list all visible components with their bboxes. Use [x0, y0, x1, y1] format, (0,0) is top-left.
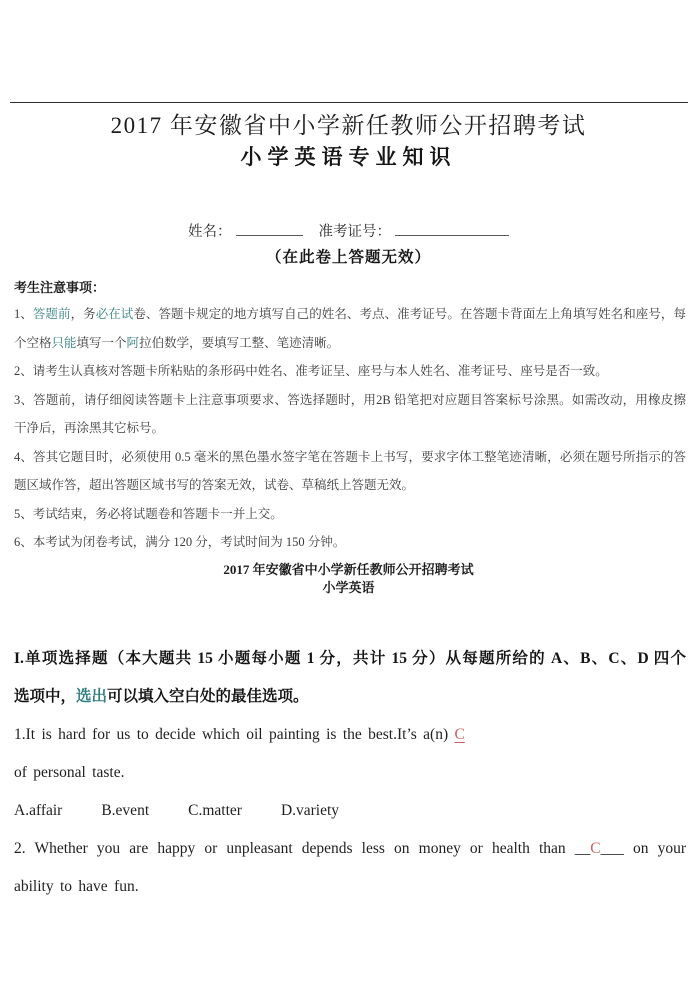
- name-blank: [236, 222, 303, 236]
- header-rule: [10, 102, 688, 103]
- notice-item-4: 4、答其它题目时，必须使用 0.5 毫米的黑色墨水签字笔在答题卡上书写，要求字体…: [14, 443, 686, 500]
- exam-title: 2017 年安徽省中小学新任教师公开招聘考试: [0, 107, 697, 140]
- option-b: B.event: [101, 792, 149, 830]
- option-a: A.affair: [14, 792, 62, 830]
- ticket-label: 准考证号：: [319, 224, 392, 240]
- section-1-heading-line2: 选项中，选出可以填入空白处的最佳选项。: [14, 678, 686, 716]
- notice-item-1: 1、答题前，务必在试卷、答题卡规定的地方填写自己的姓名、考点、准考证号。在答题卡…: [14, 300, 686, 357]
- exam-subtitle: 小学英语专业知识: [0, 141, 697, 171]
- notice-item-5: 5、考试结束，务必将试题卷和答题卡一并上交。: [14, 500, 686, 529]
- name-field-row: 姓名：准考证号：: [0, 220, 697, 241]
- mid-title-line1: 2017 年安徽省中小学新任教师公开招聘考试: [0, 561, 697, 579]
- question-2-line1: 2. Whether you are happy or unpleasant d…: [14, 830, 686, 868]
- option-c: C.matter: [188, 792, 242, 830]
- question-1-options: A.affair B.event C.matter D.variety: [14, 792, 686, 830]
- candidate-notice: 考生注意事项： 1、答题前，务必在试卷、答题卡规定的地方填写自己的姓名、考点、准…: [14, 276, 686, 557]
- section-1-body: I.单项选择题（本大题共 15 小题每小题 1 分，共计 15 分）从每题所给的…: [14, 640, 686, 906]
- mid-title-line2: 小学英语: [0, 579, 697, 597]
- notice-item-6: 6、本考试为闭卷考试，满分 120 分，考试时间为 150 分钟。: [14, 528, 686, 557]
- notice-heading: 考生注意事项：: [14, 276, 686, 300]
- notice-item-2: 2、请考生认真核对答题卡所粘贴的条形码中姓名、准考证呈、座号与本人姓名、准考证号…: [14, 357, 686, 386]
- invalid-note: （在此卷上答题无效）: [0, 245, 697, 267]
- option-d: D.variety: [281, 792, 339, 830]
- exam-paper-page: 2017 年安徽省中小学新任教师公开招聘考试 小学英语专业知识 姓名：准考证号：…: [0, 0, 697, 985]
- question-1-line2: of personal taste.: [14, 754, 686, 792]
- name-label: 姓名：: [188, 224, 232, 240]
- question-1-line1: 1.It is hard for us to decide which oil …: [14, 716, 686, 754]
- question-2-line2: ability to have fun.: [14, 868, 686, 906]
- notice-item-3: 3、答题前，请仔细阅读答题卡上注意事项要求、答选择题时，用2B 铅笔把对应题目答…: [14, 386, 686, 443]
- mid-title: 2017 年安徽省中小学新任教师公开招聘考试 小学英语: [0, 561, 697, 597]
- section-1-heading-line1: I.单项选择题（本大题共 15 小题每小题 1 分，共计 15 分）从每题所给的…: [14, 640, 686, 678]
- ticket-blank: [395, 222, 509, 236]
